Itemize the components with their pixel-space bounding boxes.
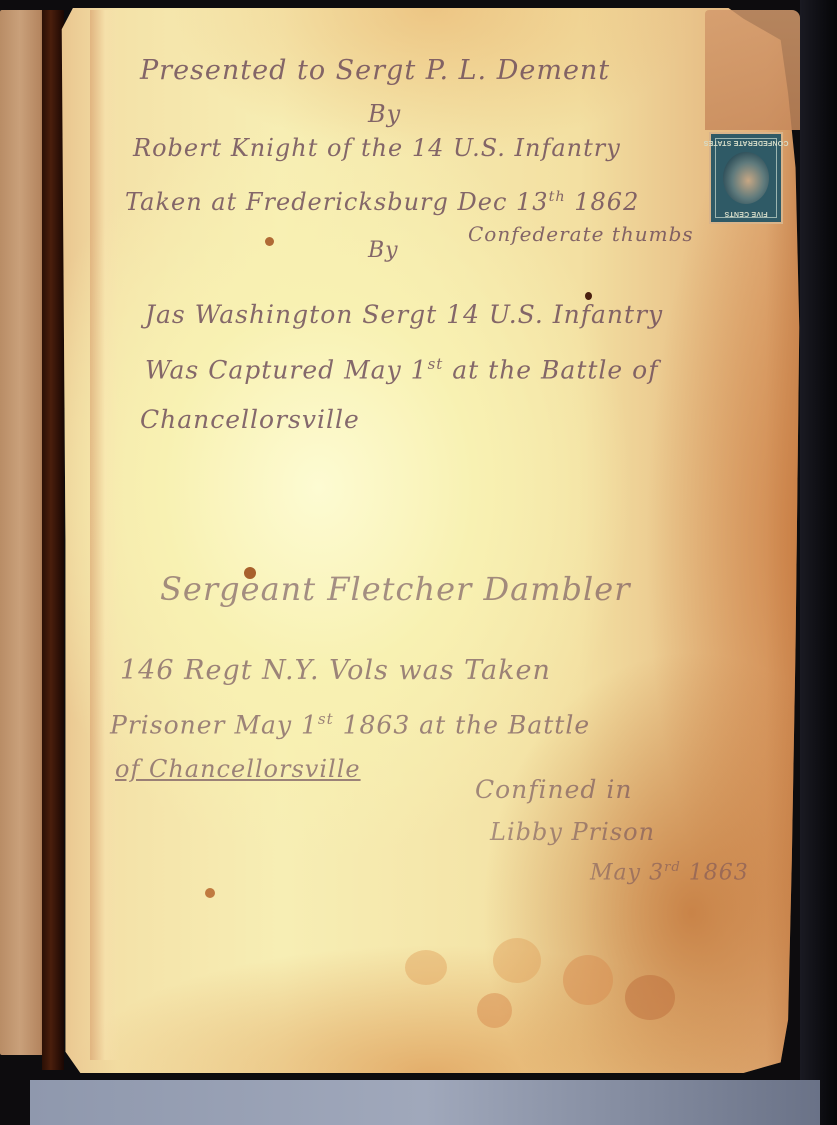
- line-superscript: rd: [664, 860, 681, 875]
- line-text: Sergeant Fletcher Dambler: [160, 570, 631, 608]
- line-text: Confined in: [475, 775, 632, 804]
- torn-corner: [705, 10, 800, 130]
- line-superscript: st: [318, 710, 334, 728]
- inscription-line-chancellorsville: Chancellorsville: [140, 405, 360, 434]
- inscription-line-robert-knight: Robert Knight of the 14 U.S. Infantry: [133, 134, 621, 162]
- ink-spot: [265, 237, 274, 246]
- water-stain: [477, 993, 512, 1028]
- ink-spot: [585, 292, 592, 300]
- stamp-portrait-icon: [723, 152, 769, 204]
- inscription-line-by: By: [368, 100, 401, 128]
- line-text: Jas Washington Sergt 14 U.S. Infantry: [145, 300, 663, 329]
- water-stain: [493, 938, 541, 983]
- water-stain: [625, 975, 675, 1020]
- line-text: Confederate thumbs: [468, 222, 694, 246]
- scanner-bed: [30, 1080, 820, 1125]
- inscription-line-fredericksburg: Taken at Fredericksburg Dec 13th 1862: [125, 188, 639, 216]
- line-text: of Chancellorsville: [115, 755, 361, 783]
- scan-background-right: [800, 0, 837, 1125]
- inscription-line-libby-prison: Libby Prison: [490, 818, 655, 846]
- line-superscript: th: [549, 189, 566, 205]
- inscription-line-fletcher: Sergeant Fletcher Dambler: [160, 570, 631, 608]
- book-spine: [42, 10, 64, 1070]
- ink-spot: [205, 888, 215, 898]
- line-text: 1863: [681, 860, 749, 885]
- inscription-line-of-chancellorsville: of Chancellorsville: [115, 755, 361, 783]
- line-superscript: st: [428, 355, 444, 373]
- inscription-line-confined: Confined in: [475, 775, 632, 804]
- inscription-line-146-regt: 146 Regt N.Y. Vols was Taken: [120, 655, 551, 686]
- line-text: Taken at Fredericksburg Dec 13: [125, 188, 549, 216]
- inscription-line-captured: Was Captured May 1st at the Battle of: [145, 355, 658, 384]
- line-text: at the Battle of: [443, 355, 658, 384]
- inscription-line-date: May 3rd 1863: [590, 860, 749, 885]
- line-text: Chancellorsville: [140, 405, 360, 434]
- line-text: May 3: [590, 860, 664, 885]
- line-text: Robert Knight of the 14 U.S. Infantry: [133, 134, 621, 162]
- line-text: Presented to Sergt P. L. Dement: [140, 55, 610, 86]
- line-text: Prisoner May 1: [110, 710, 318, 739]
- page-gutter-fold: [90, 10, 120, 1060]
- water-stain: [405, 950, 447, 985]
- line-text: By: [368, 238, 399, 263]
- stamp-denomination: FIVE CENTS: [724, 210, 767, 217]
- line-text: 146 Regt N.Y. Vols was Taken: [120, 655, 551, 686]
- inscription-line-presented: Presented to Sergt P. L. Dement: [140, 55, 610, 86]
- line-text: 1863 at the Battle: [334, 710, 590, 739]
- water-stain: [563, 955, 613, 1005]
- manuscript-page: [58, 8, 803, 1073]
- line-text: Was Captured May 1: [145, 355, 428, 384]
- inscription-line-washington: Jas Washington Sergt 14 U.S. Infantry: [145, 300, 663, 329]
- line-text: 1862: [566, 188, 640, 216]
- inscription-line-prisoner: Prisoner May 1st 1863 at the Battle: [110, 710, 590, 739]
- line-text: Libby Prison: [490, 818, 655, 846]
- stamp-country: CONFEDERATE STATES: [704, 139, 789, 146]
- line-text: By: [368, 100, 401, 128]
- inscription-line-by-2: By: [368, 238, 399, 263]
- confederate-five-cent-stamp: FIVE CENTS CONFEDERATE STATES: [709, 132, 783, 224]
- inscription-line-confederate-thumbs: Confederate thumbs: [468, 222, 694, 246]
